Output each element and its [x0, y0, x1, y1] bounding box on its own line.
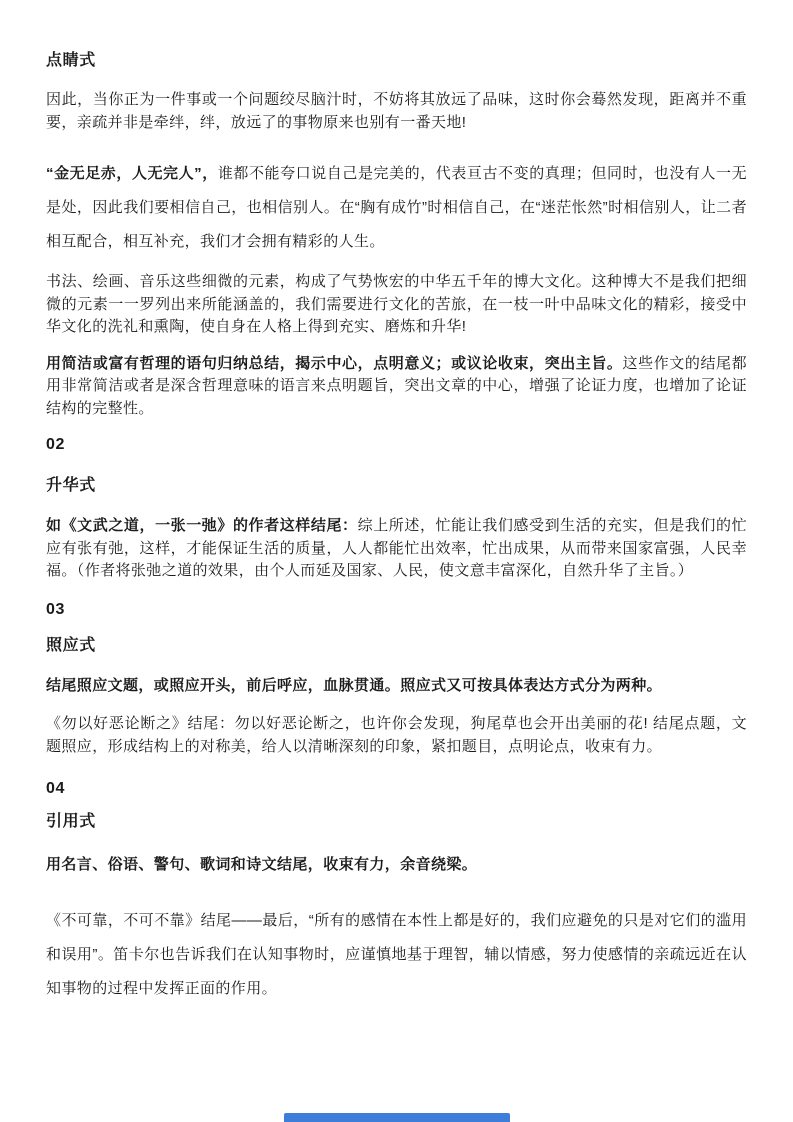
text-segment: 《勿以好恶论断之》结尾：勿以好恶论断之，也许你会发现，狗尾草也会开出美丽的花! …: [46, 715, 747, 755]
text-segment: 升华式: [46, 477, 96, 494]
paragraph: 因此，当你正为一件事或一个问题绞尽脑汁时，不妨将其放远了品味，这时你会蓦然发现，…: [46, 89, 747, 134]
section-heading: 照应式: [46, 635, 747, 656]
text-segment: 02: [46, 436, 65, 453]
text-segment: 引用式: [46, 813, 96, 830]
paragraph: 书法、绘画、音乐这些细微的元素，构成了气势恢宏的中华五千年的博大文化。这种博大不…: [46, 271, 747, 339]
text-segment: 如《文武之道，一张一弛》的作者这样结尾：: [46, 517, 358, 534]
text-segment: 因此，当你正为一件事或一个问题绞尽脑汁时，不妨将其放远了品味，这时你会蓦然发现，…: [46, 91, 747, 131]
section-heading: 引用式: [46, 811, 747, 832]
paragraph: 用简洁或富有哲理的语句归纳总结，揭示中心，点明意义；或议论收束，突出主旨。这些作…: [46, 353, 747, 421]
section-number: 03: [46, 599, 747, 620]
paragraph: “金无足赤，人无完人”，谁都不能夸口说自己是完美的，代表亘古不变的真理；但同时，…: [46, 157, 747, 259]
paragraph: 结尾照应文题，或照应开头，前后呼应，血脉贯通。照应式又可按具体表达方式分为两种。: [46, 675, 747, 698]
text-segment: “金无足赤，人无完人”，: [46, 165, 218, 182]
paragraph: 《勿以好恶论断之》结尾：勿以好恶论断之，也许你会发现，狗尾草也会开出美丽的花! …: [46, 713, 747, 758]
document-page: 点睛式因此，当你正为一件事或一个问题绞尽脑汁时，不妨将其放远了品味，这时你会蓦然…: [0, 50, 793, 1006]
text-segment: 结尾照应文题，或照应开头，前后呼应，血脉贯通。照应式又可按具体表达方式分为两种。: [46, 677, 662, 694]
section-number: 04: [46, 778, 747, 799]
text-segment: 用简洁或富有哲理的语句归纳总结，揭示中心，点明意义；或议论收束，突出主旨。: [46, 355, 623, 372]
section-heading: 升华式: [46, 475, 747, 496]
section-heading: 点睛式: [46, 50, 747, 71]
text-segment: 03: [46, 601, 65, 618]
text-segment: 照应式: [46, 637, 96, 654]
text-segment: 04: [46, 780, 65, 797]
text-segment: 点睛式: [46, 52, 96, 69]
paragraph: 《不可靠，不可不靠》结尾——最后，“所有的感情在本性上都是好的，我们应避免的只是…: [46, 904, 747, 1006]
paragraph: 用名言、俗语、警句、歌词和诗文结尾，收束有力，余音绕梁。: [46, 854, 747, 877]
paragraph: 如《文武之道，一张一弛》的作者这样结尾：综上所述，忙能让我们感受到生活的充实，但…: [46, 515, 747, 583]
text-segment: 书法、绘画、音乐这些细微的元素，构成了气势恢宏的中华五千年的博大文化。这种博大不…: [46, 273, 747, 335]
section-number: 02: [46, 434, 747, 455]
document-content: 点睛式因此，当你正为一件事或一个问题绞尽脑汁时，不妨将其放远了品味，这时你会蓦然…: [46, 50, 747, 1006]
text-segment: 用名言、俗语、警句、歌词和诗文结尾，收束有力，余音绕梁。: [46, 856, 477, 873]
page-progress-bar: [284, 1113, 510, 1122]
text-segment: 《不可靠，不可不靠》结尾——最后，“所有的感情在本性上都是好的，我们应避免的只是…: [46, 912, 747, 997]
